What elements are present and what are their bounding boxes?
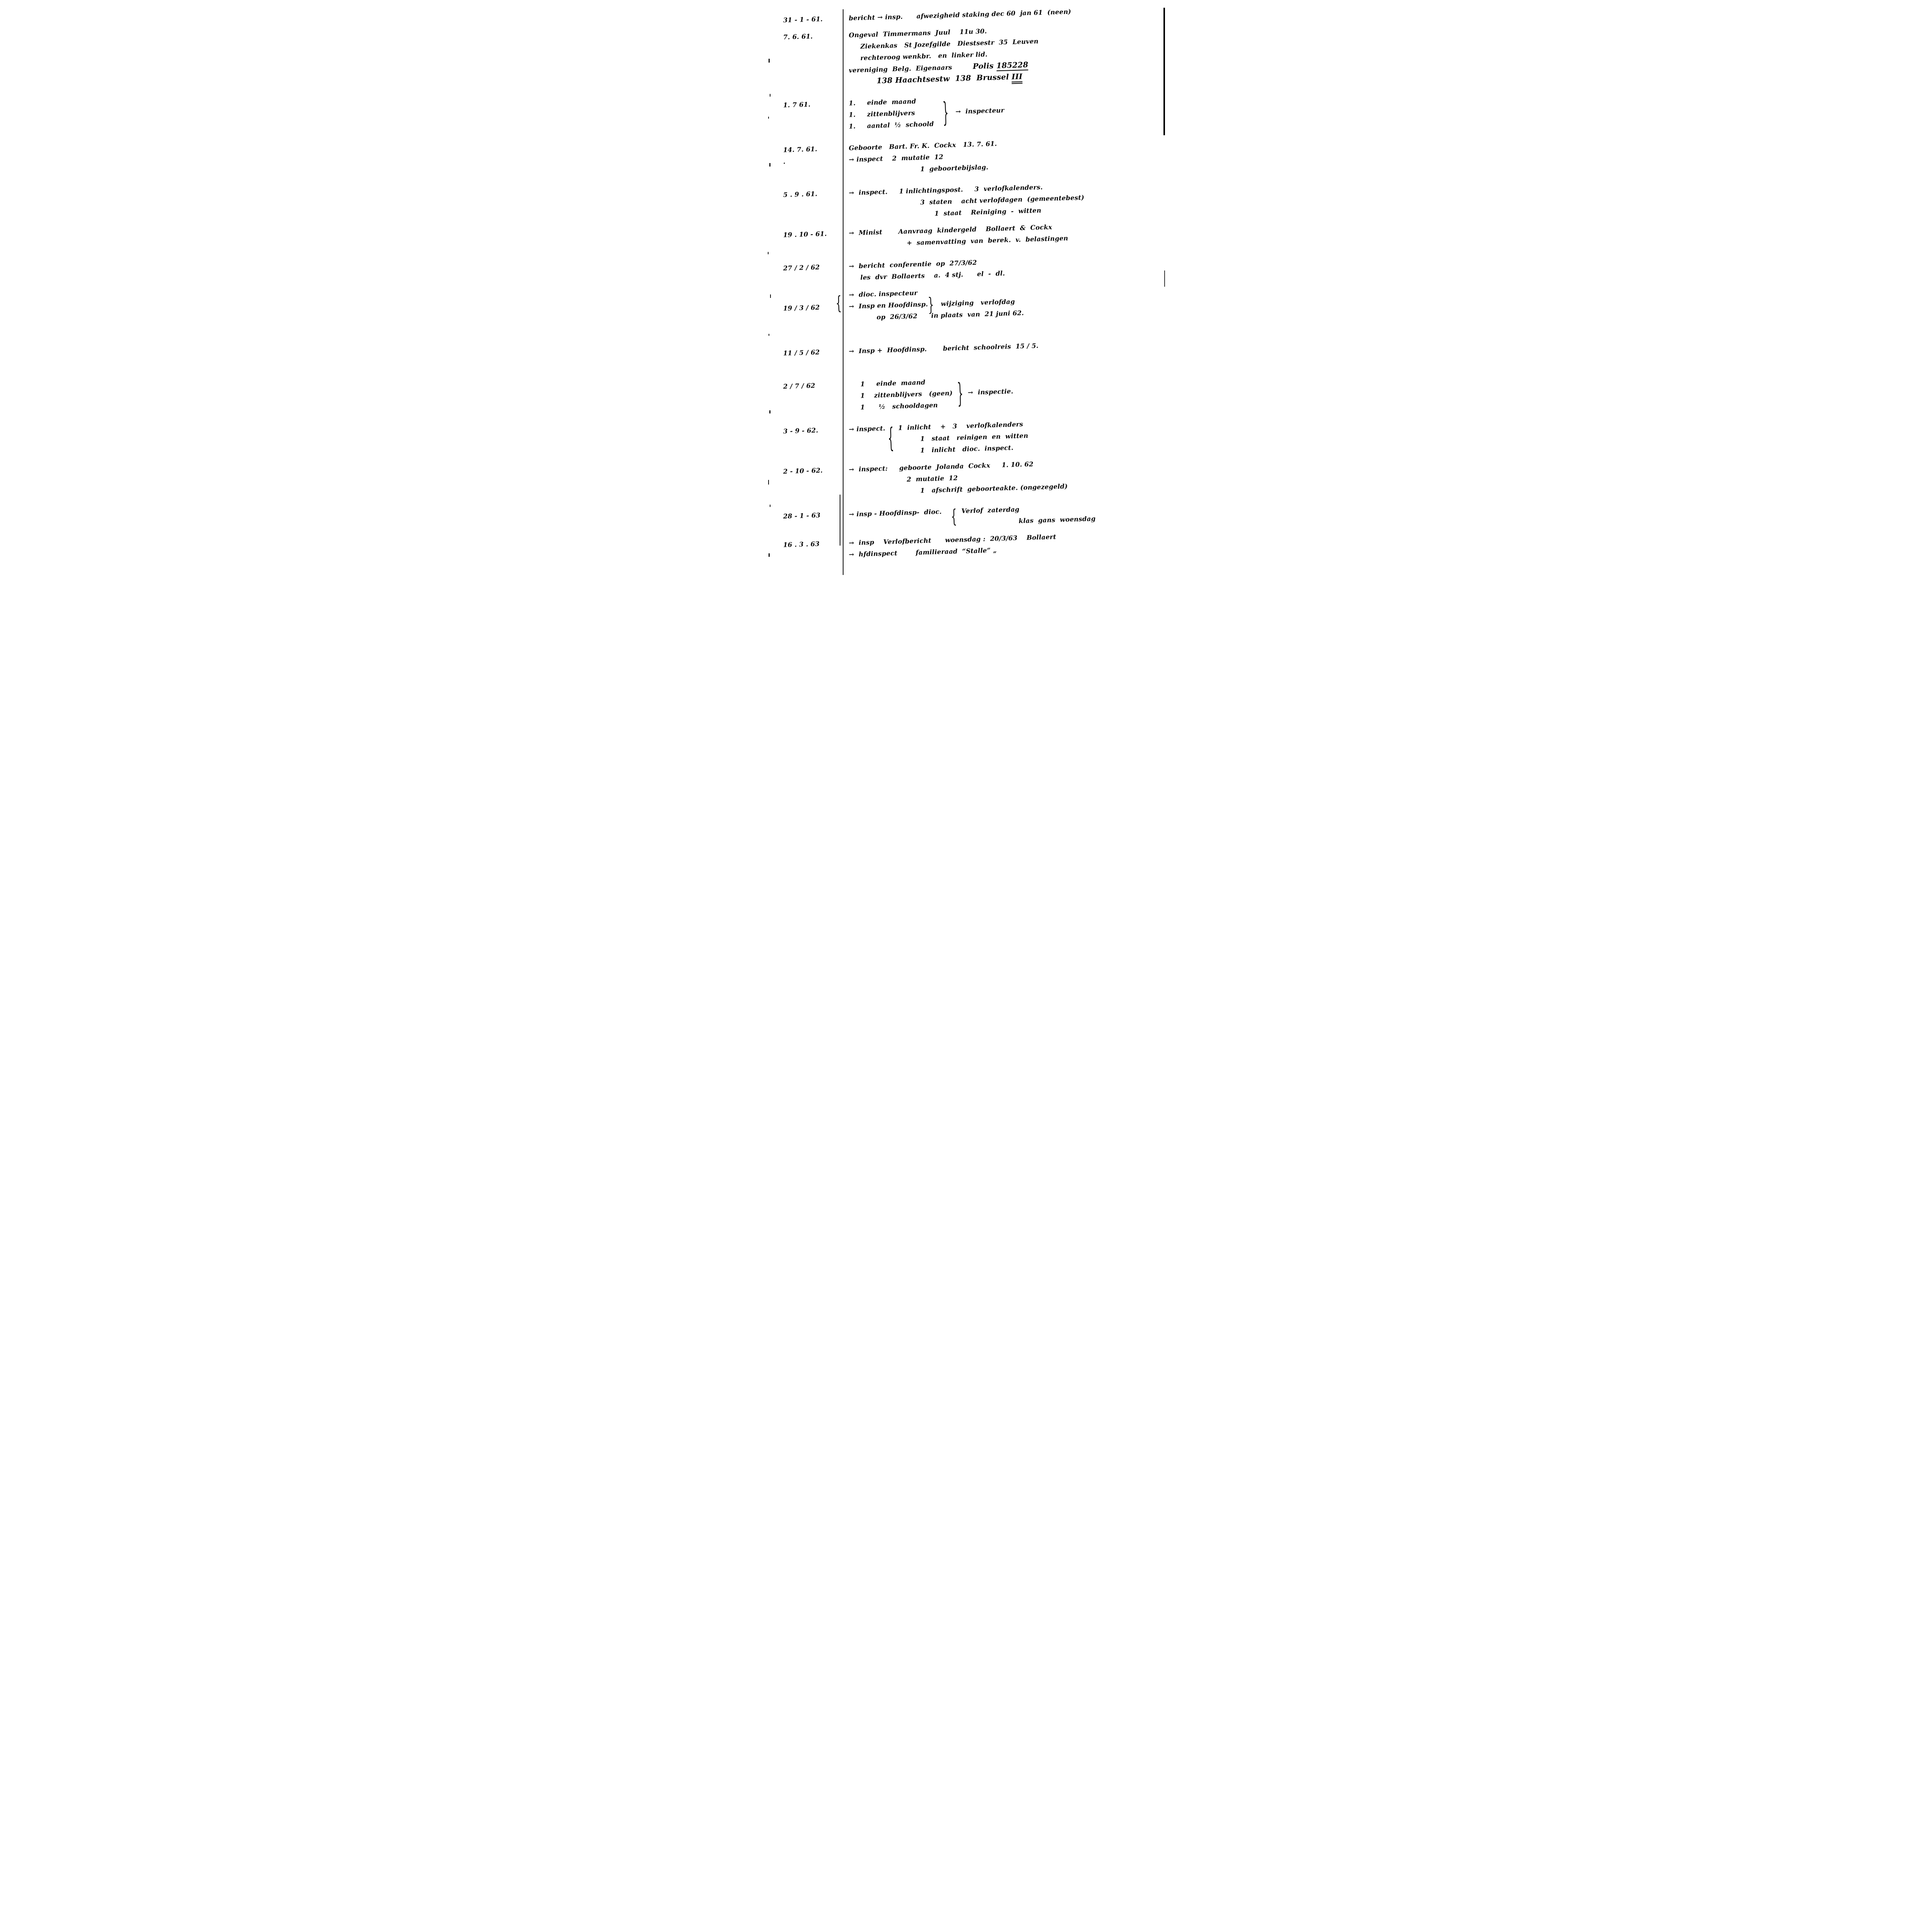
text-segment: bericht → insp. afwezigheid staking dec … — [849, 8, 1071, 22]
entry-date-text: 11 / 5 / 62 — [783, 349, 820, 357]
entry-date-text: . — [783, 158, 786, 165]
entry-date: 19 . 10 - 61. — [767, 228, 843, 241]
text-segment: → inspect 2 mutatie 12 — [849, 153, 943, 163]
text-segment: Verlof zaterdag — [957, 506, 1020, 515]
register-entry: 7. 6. 61.Ongeval Timmermans Juul 11u 30.… — [767, 32, 1165, 90]
text-segment: Ongeval Timmermans Juul 11u 30. — [849, 27, 987, 39]
entry-text: bericht → insp. afwezigheid staking dec … — [842, 3, 1165, 24]
text-segment: 1 zittenblijvers (geen) — [860, 389, 957, 399]
scanned-register-page: 31 - 1 - 61.bericht → insp. afwezigheid … — [767, 0, 1165, 577]
entry-date: 28 - 1 - 63 — [767, 509, 843, 522]
register-entry: 2 - 10 - 62.→ inspect: geboorte Jolanda … — [767, 467, 1165, 502]
text-segment: rechteroog wenkbr. en linker lid. — [860, 51, 987, 62]
register-entry: 11 / 5 / 62→ Insp + Hoofdinsp. bericht s… — [767, 349, 1165, 360]
entry-date-text: 5 . 9 . 61. — [783, 190, 818, 199]
date-brace-glyph: { — [835, 294, 842, 312]
entry-date-text: 27 / 2 / 62 — [783, 264, 820, 272]
entry-date: 2 / 7 / 62 — [767, 379, 843, 393]
text-segment: 1 einde maand — [860, 379, 925, 388]
text-segment: → Insp en Hoofdinsp. — [849, 301, 928, 310]
text-segment: III — [1012, 72, 1023, 84]
entry-date: . — [767, 155, 843, 168]
text-segment: 1 geboortebijslag. — [920, 163, 988, 173]
entry-date-text: 7. 6. 61. — [783, 32, 813, 41]
text-segment: 185228 — [996, 60, 1028, 71]
text-segment: vereniging Belg. Eigenaars — [849, 63, 973, 74]
text-segment: → bericht conferentie op 27/3/62 — [849, 259, 977, 270]
entry-row: 11 / 5 / 62→ Insp + Hoofdinsp. bericht s… — [767, 337, 1165, 360]
entry-date-text: 16 . 3 . 63 — [783, 540, 820, 549]
entry-date: 1. 7 61. — [767, 98, 843, 111]
register-entry: 1. 7 61.1. einde maand1. zittenblijvers … — [767, 100, 1165, 135]
text-segment: 1 staat Reiniging - witten — [934, 207, 1041, 217]
entry-date-text: 19 . 10 - 61. — [783, 230, 827, 238]
text-segment: → inspect. — [849, 425, 888, 433]
entry-date: 27 / 2 / 62 — [767, 261, 843, 274]
entry-date-text: 19 / 3 / 62 — [783, 304, 820, 312]
text-segment: 1. zittenblijvers — [849, 109, 942, 119]
text-segment: 1 staat reinigen en witten — [920, 432, 1028, 442]
entry-date-text: 2 - 10 - 62. — [783, 467, 823, 475]
text-segment: Geboorte Bart. Fr. K. Cockx 13. 7. 61. — [849, 140, 997, 151]
entry-date: 5 . 9 . 61. — [767, 188, 843, 201]
text-segment: → insp - Hoofdinsp- dioc. — [849, 508, 951, 518]
entry-date: 16 . 3 . 63 — [767, 538, 843, 551]
entry-date-text: 31 - 1 - 61. — [783, 15, 823, 24]
handwritten-entries: 31 - 1 - 61.bericht → insp. afwezigheid … — [767, 15, 1165, 563]
register-entry: 3 - 9 - 62.→ inspect. { 1 inlicht + 3 ve… — [767, 427, 1165, 461]
entry-date-text: 3 - 9 - 62. — [783, 427, 818, 435]
entry-date: 7. 6. 61. — [767, 30, 843, 43]
register-entry: → dioc. inspecteur19 / 3 / 62{→ Insp en … — [767, 292, 1165, 327]
entry-date: 19 / 3 / 62{ — [767, 301, 843, 315]
entry-text: → Insp + Hoofdinsp. bericht schoolreis 1… — [842, 337, 1165, 357]
register-entry: 5 . 9 . 61.→ inspect. 1 inlichtingspost.… — [767, 190, 1165, 225]
text-segment: Polis — [973, 61, 997, 71]
text-segment: 1 inlicht dioc. inspect. — [920, 444, 1014, 454]
entry-date: 11 / 5 / 62 — [767, 346, 843, 359]
text-segment: klas gans woensdag — [1019, 515, 1095, 525]
text-segment: 1. aantal ½ schoold — [849, 120, 934, 130]
text-segment: wijziging verlofdag — [934, 298, 1015, 308]
register-entry: 2 / 7 / 621 einde maand1 zittenblijvers … — [767, 382, 1165, 417]
text-segment: 1 ½ schooldagen — [860, 401, 938, 411]
entry-date — [767, 290, 842, 292]
text-segment: → Insp + Hoofdinsp. bericht schoolreis 1… — [849, 342, 1038, 355]
entry-date-text: 1. 7 61. — [783, 101, 811, 109]
entry-date-text: 28 - 1 - 63 — [783, 512, 821, 520]
entry-date-text: 2 / 7 / 62 — [783, 382, 815, 390]
text-segment: 1. einde maand — [849, 98, 916, 107]
register-entry: 14. 7. 61.Geboorte Bart. Fr. K. Cockx 13… — [767, 145, 1165, 180]
entry-date: 2 - 10 - 62. — [767, 464, 843, 478]
entry-date: 3 - 9 - 62. — [767, 424, 843, 437]
text-segment: 2 mutatie 12 — [906, 474, 958, 483]
entry-date-text: 14. 7. 61. — [783, 145, 818, 154]
entry-date: 31 - 1 - 61. — [767, 13, 843, 26]
register-entry: 19 . 10 - 61.→ Minist Aanvraag kindergel… — [767, 230, 1165, 253]
register-entry: 16 . 3 . 63→ insp Verlofbericht woensdag… — [767, 540, 1165, 563]
text-segment: 1 inlicht + 3 verlofkalenders — [893, 420, 1023, 432]
text-segment: → inspecteur — [949, 107, 1005, 116]
text-segment: les dvr Bollaerts a. 4 stj. el - dl. — [860, 270, 1005, 281]
text-segment: → dioc. inspecteur — [849, 289, 917, 298]
entry-date: 14. 7. 61. — [767, 143, 843, 156]
text-segment: → inspectie. — [963, 388, 1013, 396]
